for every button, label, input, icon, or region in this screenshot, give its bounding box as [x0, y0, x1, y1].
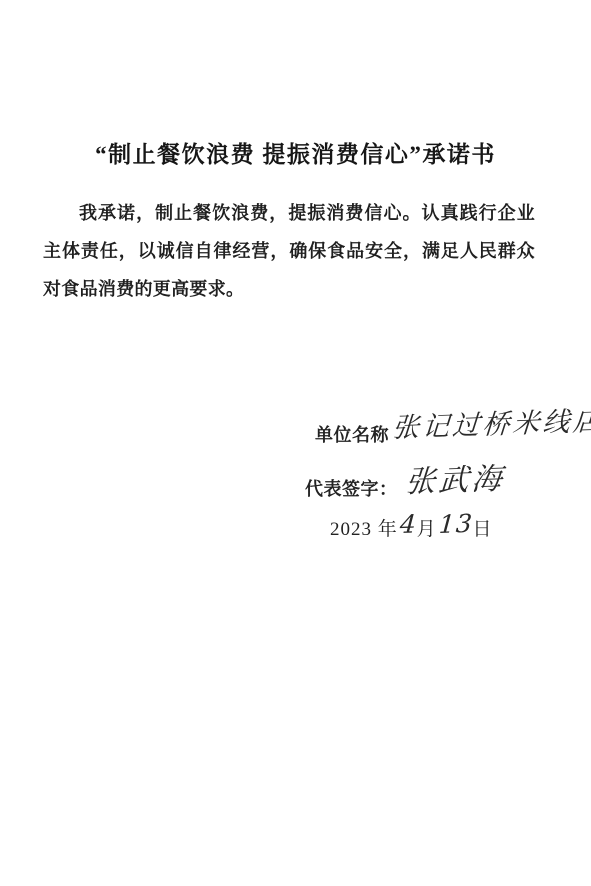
document-page: “制止餐饮浪费 提振消费信心”承诺书 我承诺，制止餐饮浪费，提振消费信心。认真践…	[0, 0, 591, 886]
date-day-handwritten: 13	[438, 509, 474, 539]
signature-block: 单位名称张记过桥米线店 代表签字：张武海 2023 年4月13日	[0, 0, 591, 886]
signature-row: 代表签字：张武海	[305, 460, 503, 504]
unit-name-label: 单位名称	[315, 425, 389, 445]
document-title: “制止餐饮浪费 提振消费信心”承诺书	[0, 136, 591, 169]
date-month-handwritten: 4	[399, 509, 418, 539]
date-month-label: 月	[417, 519, 437, 540]
unit-name-row: 单位名称张记过桥米线店	[315, 410, 591, 449]
signer-label: 代表签字：	[305, 479, 398, 499]
date-day-label: 日	[473, 519, 493, 540]
date-year: 2023 年	[330, 519, 398, 540]
body-paragraph: 我承诺，制止餐饮浪费，提振消费信心。认真践行企业主体责任，以诚信自律经营，确保食…	[43, 194, 535, 308]
unit-name-handwritten: 张记过桥米线店	[391, 399, 591, 445]
signer-handwritten: 张武海	[404, 454, 506, 501]
date-row: 2023 年4月13日	[330, 512, 493, 541]
